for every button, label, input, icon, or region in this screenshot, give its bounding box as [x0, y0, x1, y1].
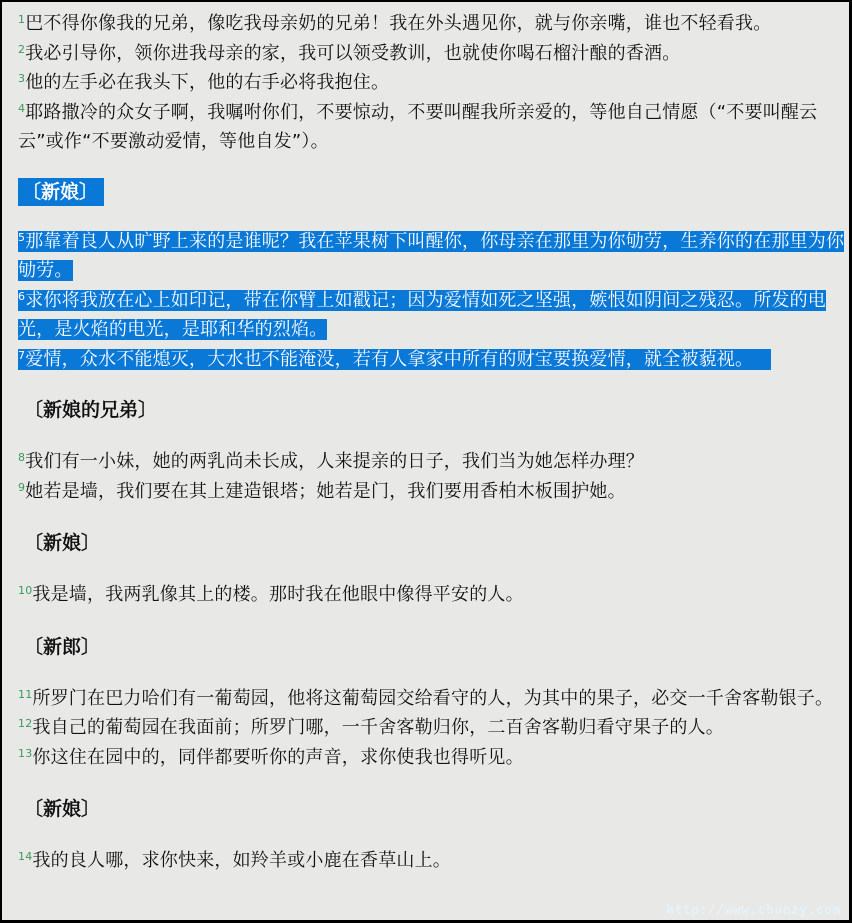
verse-number: 10: [18, 584, 32, 597]
scripture-content: 1巴不得你像我的兄弟，像吃我母亲奶的兄弟！我在外头遇见你，就与你亲嘴，谁也不轻看…: [18, 9, 849, 876]
verse-number: 4: [18, 102, 25, 115]
verse-4[interactable]: 4耶路撒冷的众女子啊，我嘱咐你们，不要惊动，不要叫醒我所亲爱的，等他自己情愿（“…: [18, 98, 849, 157]
passage-block: 〔新娘〕 14我的良人哪，求你快来，如羚羊或小鹿在香草山上。: [18, 795, 849, 876]
passage-block: 〔新娘〕 10我是墙，我两乳像其上的楼。那时我在他眼中像得平安的人。: [18, 529, 849, 610]
verse-number: 9: [18, 481, 25, 494]
verse-number: 12: [18, 717, 32, 730]
selected-text: 7爱情，众水不能熄灭，大水也不能淹没，若有人拿家中所有的财宝要换爱情，就全被藐视…: [18, 349, 771, 370]
verse-14[interactable]: 14我的良人哪，求你快来，如羚羊或小鹿在香草山上。: [18, 846, 849, 876]
verse-11[interactable]: 11所罗门在巴力哈们有一葡萄园，他将这葡萄园交给看守的人，为其中的果子，必交一千…: [18, 684, 849, 714]
verse-text: 我们有一小妹，她的两乳尚未长成，人来提亲的日子，我们当为她怎样办理？: [25, 451, 644, 472]
verse-6[interactable]: 6求你将我放在心上如印记，带在你臂上如戳记；因为爱情如死之坚强，嫉恨如阴间之残忍…: [18, 286, 849, 345]
verse-number: 5: [18, 231, 25, 244]
verse-number: 1: [18, 13, 25, 26]
section-heading-bride: 〔新娘〕: [18, 795, 849, 823]
verse-text: 求你将我放在心上如印记，带在你臂上如戳记；因为爱情如死之坚强，嫉恨如阴间之残忍。…: [18, 290, 826, 341]
verse-number: 3: [18, 72, 25, 85]
verse-2[interactable]: 2我必引导你，领你进我母亲的家，我可以领受教训，也就使你喝石榴汁酿的香酒。: [18, 39, 849, 69]
passage-block: 1巴不得你像我的兄弟，像吃我母亲奶的兄弟！我在外头遇见你，就与你亲嘴，谁也不轻看…: [18, 9, 849, 157]
selected-text: 5那靠着良人从旷野上来的是谁呢？我在苹果树下叫醒你，你母亲在那里为你劬劳，生养你…: [18, 231, 844, 282]
verse-text: 我必引导你，领你进我母亲的家，我可以领受教训，也就使你喝石榴汁酿的香酒。: [25, 43, 680, 64]
passage-block: 〔新娘的兄弟〕 8我们有一小妹，她的两乳尚未长成，人来提亲的日子，我们当为她怎样…: [18, 396, 849, 506]
selected-text: 6求你将我放在心上如印记，带在你臂上如戳记；因为爱情如死之坚强，嫉恨如阴间之残忍…: [18, 290, 826, 341]
passage-block-selected: 〔新娘〕 5那靠着良人从旷野上来的是谁呢？我在苹果树下叫醒你，你母亲在那里为你劬…: [18, 178, 849, 375]
verse-number: 6: [18, 290, 25, 303]
section-heading-groom: 〔新郎〕: [18, 633, 849, 661]
verse-number: 7: [18, 349, 25, 362]
verse-text: 我的良人哪，求你快来，如羚羊或小鹿在香草山上。: [32, 850, 451, 871]
verse-number: 13: [18, 747, 32, 760]
verse-3[interactable]: 3他的左手必在我头下，他的右手必将我抱住。: [18, 68, 849, 98]
verse-7[interactable]: 7爱情，众水不能熄灭，大水也不能淹没，若有人拿家中所有的财宝要换爱情，就全被藐视…: [18, 345, 849, 375]
verse-text: 那靠着良人从旷野上来的是谁呢？我在苹果树下叫醒你，你母亲在那里为你劬劳，生养你的…: [18, 231, 844, 282]
verse-text: 所罗门在巴力哈们有一葡萄园，他将这葡萄园交给看守的人，为其中的果子，必交一千舍客…: [32, 688, 833, 709]
verse-text: 他的左手必在我头下，他的右手必将我抱住。: [25, 72, 389, 93]
verse-10[interactable]: 10我是墙，我两乳像其上的楼。那时我在他眼中像得平安的人。: [18, 580, 849, 610]
verse-text: 巴不得你像我的兄弟，像吃我母亲奶的兄弟！我在外头遇见你，就与你亲嘴，谁也不轻看我…: [25, 13, 771, 34]
section-heading-brides-brothers: 〔新娘的兄弟〕: [18, 396, 849, 424]
verse-5[interactable]: 5那靠着良人从旷野上来的是谁呢？我在苹果树下叫醒你，你母亲在那里为你劬劳，生养你…: [18, 227, 849, 286]
section-heading-bride: 〔新娘〕: [18, 529, 849, 557]
passage-block: 〔新郎〕 11所罗门在巴力哈们有一葡萄园，他将这葡萄园交给看守的人，为其中的果子…: [18, 633, 849, 773]
verse-number: 11: [18, 688, 32, 701]
verse-number: 2: [18, 43, 25, 56]
watermark: http://www.chunzy.com: [666, 903, 841, 918]
document-page: 1巴不得你像我的兄弟，像吃我母亲奶的兄弟！我在外头遇见你，就与你亲嘴，谁也不轻看…: [2, 2, 849, 920]
verse-9[interactable]: 9她若是墙，我们要在其上建造银塔；她若是门，我们要用香柏木板围护她。: [18, 477, 849, 507]
verse-1[interactable]: 1巴不得你像我的兄弟，像吃我母亲奶的兄弟！我在外头遇见你，就与你亲嘴，谁也不轻看…: [18, 9, 849, 39]
verse-text: 她若是墙，我们要在其上建造银塔；她若是门，我们要用香柏木板围护她。: [25, 481, 626, 502]
verse-number: 14: [18, 850, 32, 863]
verse-number: 8: [18, 451, 25, 464]
verse-text: 耶路撒冷的众女子啊，我嘱咐你们，不要惊动，不要叫醒我所亲爱的，等他自己情愿（“不…: [18, 102, 817, 153]
verse-text: 你这住在园中的，同伴都要听你的声音，求你使我也得听见。: [32, 747, 523, 768]
section-heading-bride: 〔新娘〕: [18, 178, 104, 206]
verse-text: 我自己的葡萄园在我面前；所罗门哪，一千舍客勒归你，二百舍客勒归看守果子的人。: [32, 717, 724, 738]
verse-8[interactable]: 8我们有一小妹，她的两乳尚未长成，人来提亲的日子，我们当为她怎样办理？: [18, 447, 849, 477]
verse-text: 爱情，众水不能熄灭，大水也不能淹没，若有人拿家中所有的财宝要换爱情，就全被藐视。: [25, 349, 753, 370]
verse-12[interactable]: 12我自己的葡萄园在我面前；所罗门哪，一千舍客勒归你，二百舍客勒归看守果子的人。: [18, 713, 849, 743]
verse-text: 我是墙，我两乳像其上的楼。那时我在他眼中像得平安的人。: [32, 584, 523, 605]
verse-13[interactable]: 13你这住在园中的，同伴都要听你的声音，求你使我也得听见。: [18, 743, 849, 773]
